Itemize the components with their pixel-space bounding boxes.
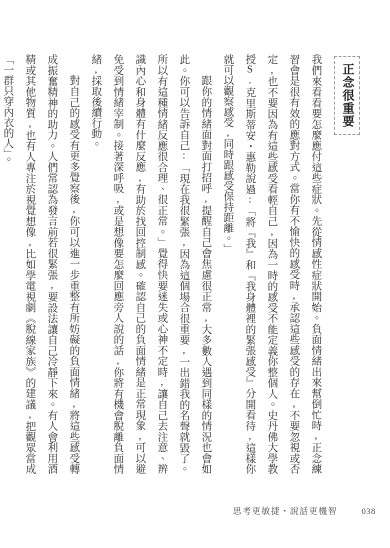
page-number: 038 [362, 506, 376, 516]
book-page: 正念很重要 我們來看看要怎麼應付這些症狀。先從情感性症狀開始。負面情緒出來幫倒忙… [0, 0, 390, 548]
page-content: 正念很重要 我們來看看要怎麼應付這些症狀。先從情感性症狀開始。負面情緒出來幫倒忙… [0, 54, 360, 474]
running-footer-book-title: 思考更敏捷・說話更機智 [233, 505, 338, 517]
paragraph: 跟你的情緒面對面打招呼,提醒自己會焦慮很正常,大多數人遇到同樣的情況也會如此。你… [84, 54, 216, 474]
paragraph: 對自己的感受有更多覺察後,你可以進一步重整有所妨礙的負面情緒,將這些感受轉成振奮… [0, 54, 84, 474]
page-footer: 思考更敏捷・說話更機智 038 [233, 505, 376, 517]
section-heading: 正念很重要 [334, 56, 360, 135]
paragraph: 我們來看看要怎麼應付這些症狀。先從情感性症狀開始。負面情緒出來幫倒忙時,正念練習… [216, 54, 326, 474]
